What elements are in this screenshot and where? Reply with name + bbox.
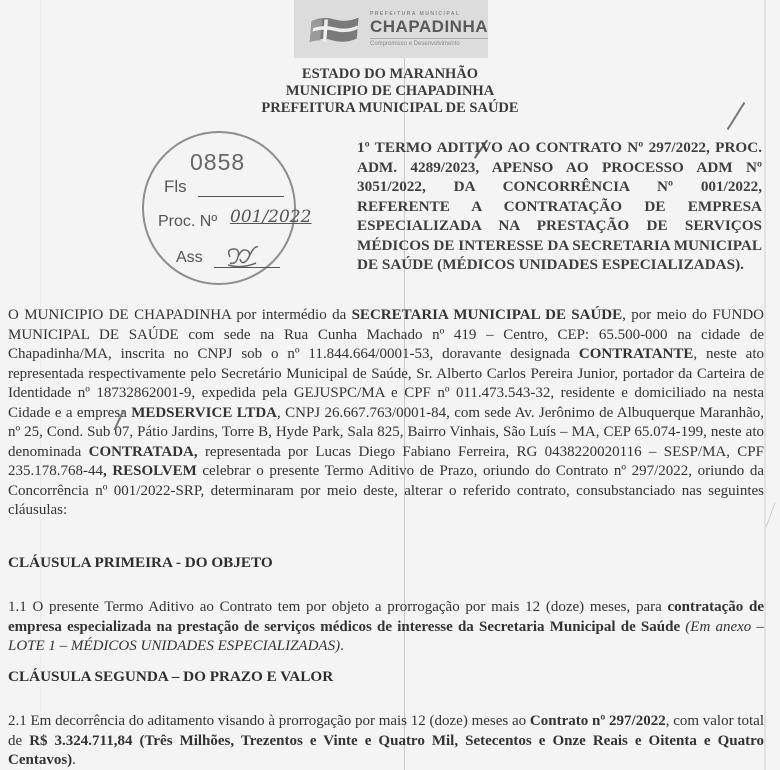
clause-2-heading: CLÁUSULA SEGUNDA – DO PRAZO E VALOR [8,668,333,686]
logo-tagline: Compromisso e Desenvolvimento [370,38,488,47]
stamp-proc-value: 001/2022 [230,207,311,227]
bold-run: CONTRATANTE [579,346,693,362]
clause-1-paragraph: 1.1 O presente Termo Aditivo ao Contrato… [8,598,764,657]
bold-run: MEDSERVICE LTDA [131,405,277,421]
bold-run: R$ 3.324.711,84 (Três Milhões, Trezentos… [8,733,764,769]
document-title: 1º TERMO ADITIVO AO CONTRATO Nº 297/2022… [357,138,762,275]
text-run: 2.1 Em decorrência do aditamento visando… [8,713,530,729]
document-header: ESTADO DO MARANHÃO MUNICIPIO DE CHAPADIN… [0,66,780,117]
stamp-ass-label: Ass [176,249,203,267]
stamp-page-number: 0858 [190,149,245,176]
logo-name: CHAPADINHA [370,18,488,35]
scan-mark [766,503,776,528]
signature-icon [222,243,262,271]
bold-run: CONTRATADA, [89,444,198,460]
stamp-fls-label: Fls [164,177,187,197]
text-run: 1.1 O presente Termo Aditivo ao Contrato… [8,599,667,615]
logo-small-label: PREFEITURA MUNICIPAL [370,12,488,17]
document-page: PREFEITURA MUNICIPAL CHAPADINHA Compromi… [0,0,780,770]
protocol-stamp: 0858 Fls Proc. Nº 001/2022 Ass [142,131,296,285]
text-run: O MUNICIPIO DE CHAPADINHA por intermédio… [8,307,352,323]
clause-2-paragraph: 2.1 Em decorrência do aditamento visando… [8,712,764,770]
bold-run: SECRETARIA MUNICIPAL DE SAÚDE [352,307,623,323]
clause-1-heading: CLÁUSULA PRIMEIRA - DO OBJETO [8,554,273,572]
header-prefeitura: PREFEITURA MUNICIPAL DE SAÚDE [0,100,780,117]
header-municipality: MUNICIPIO DE CHAPADINHA [0,83,780,100]
bold-run: Contrato nº 297/2022 [530,713,666,729]
text-run: . [72,752,76,768]
flag-icon [308,12,362,46]
header-state: ESTADO DO MARANHÃO [0,66,780,83]
bold-run: , RESOLVEM [103,463,197,479]
stamp-fls-line [198,196,284,197]
stamp-proc-label: Proc. Nº [158,213,217,231]
prefeitura-logo: PREFEITURA MUNICIPAL CHAPADINHA Compromi… [294,0,488,58]
text-run: . [340,638,344,654]
